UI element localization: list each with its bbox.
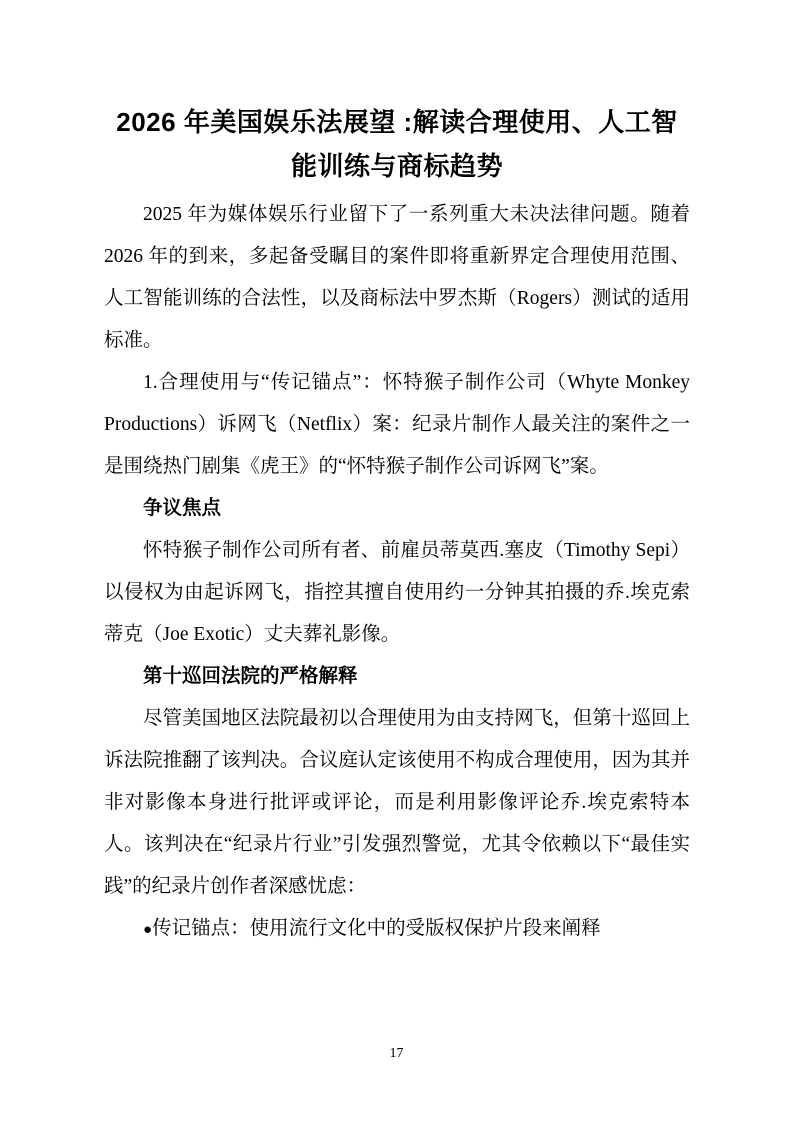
section-heading: 第十巡回法院的严格解释 — [104, 656, 690, 698]
document-content: 2026 年美国娱乐法展望 :解读合理使用、人工智能训练与商标趋势 2025 年… — [104, 100, 690, 951]
section-heading: 争议焦点 — [104, 488, 690, 530]
document-body: 2025 年为媒体娱乐行业留下了一系列重大未决法律问题。随着 2026 年的到来… — [104, 194, 690, 951]
bullet-item: ●传记锚点：使用流行文化中的受版权保护片段来阐释 — [104, 908, 690, 951]
paragraph: 尽管美国地区法院最初以合理使用为由支持网飞，但第十巡回上诉法院推翻了该判决。合议… — [104, 698, 690, 908]
bullet-text: 传记锚点：使用流行文化中的受版权保护片段来阐释 — [152, 918, 601, 939]
paragraph: 2025 年为媒体娱乐行业留下了一系列重大未决法律问题。随着 2026 年的到来… — [104, 194, 690, 362]
page-number: 17 — [0, 1045, 793, 1063]
paragraph: 1.合理使用与“传记锚点”：怀特猴子制作公司（Whyte Monkey Prod… — [104, 362, 690, 488]
bullet-marker-icon: ● — [143, 922, 152, 938]
document-page: 2026 年美国娱乐法展望 :解读合理使用、人工智能训练与商标趋势 2025 年… — [0, 0, 793, 1122]
paragraph: 怀特猴子制作公司所有者、前雇员蒂莫西.塞皮（Timothy Sepi）以侵权为由… — [104, 530, 690, 656]
document-title: 2026 年美国娱乐法展望 :解读合理使用、人工智能训练与商标趋势 — [104, 100, 690, 188]
